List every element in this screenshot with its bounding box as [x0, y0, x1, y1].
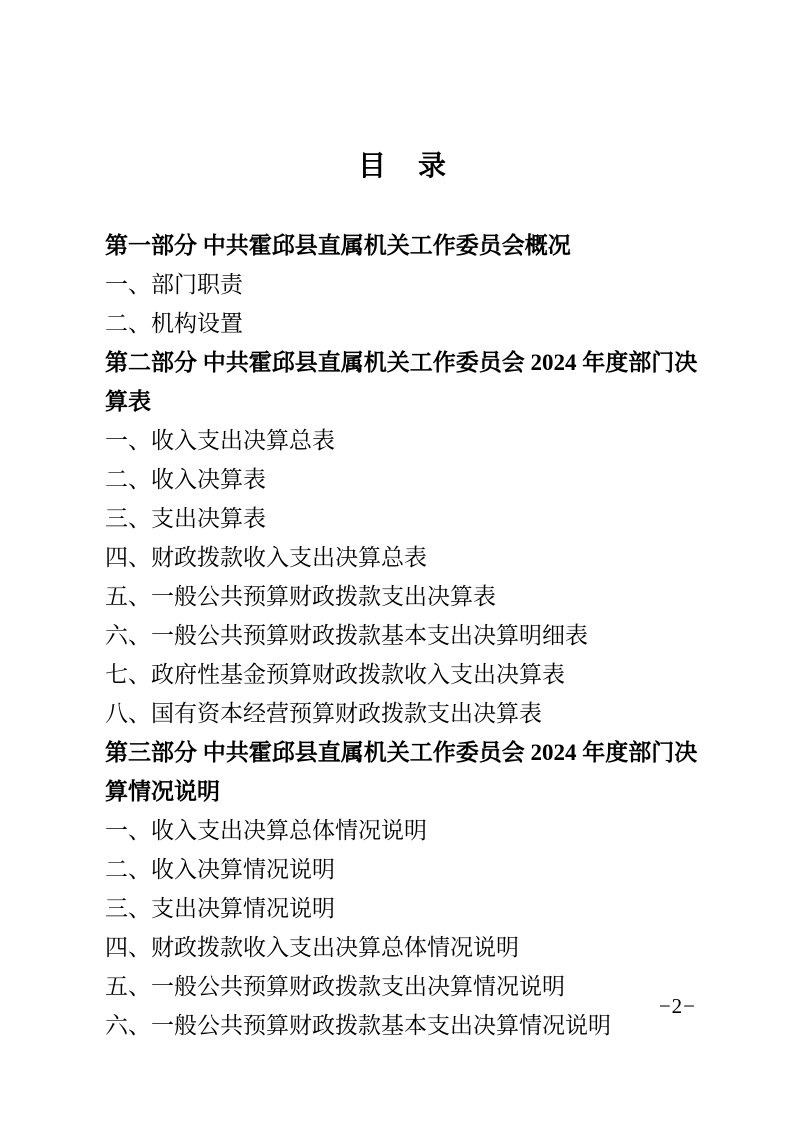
toc-item: 一、收入支出决算总表 [105, 421, 701, 460]
page-title: 目 录 [105, 150, 701, 184]
document-page: 目 录 第一部分 中共霍邱县直属机关工作委员会概况 一、部门职责 二、机构设置 … [0, 0, 793, 1122]
toc-item: 五、一般公共预算财政拨款支出决算表 [105, 577, 701, 616]
toc-item: 六、一般公共预算财政拨款基本支出决算情况说明 [105, 1006, 701, 1045]
toc-item: 四、财政拨款收入支出决算总表 [105, 538, 701, 577]
toc-item: 二、收入决算表 [105, 460, 701, 499]
toc-item: 一、部门职责 [105, 265, 701, 304]
toc-section-3-heading: 第三部分 中共霍邱县直属机关工作委员会 2024 年度部门决算情况说明 [105, 733, 701, 811]
toc-item: 二、机构设置 [105, 304, 701, 343]
toc-item: 二、收入决算情况说明 [105, 850, 701, 889]
toc-item: 四、财政拨款收入支出决算总体情况说明 [105, 928, 701, 967]
toc-item: 一、收入支出决算总体情况说明 [105, 811, 701, 850]
toc-section-2-heading: 第二部分 中共霍邱县直属机关工作委员会 2024 年度部门决算表 [105, 343, 701, 421]
table-of-contents: 第一部分 中共霍邱县直属机关工作委员会概况 一、部门职责 二、机构设置 第二部分… [105, 226, 701, 1045]
toc-item: 六、一般公共预算财政拨款基本支出决算明细表 [105, 616, 701, 655]
toc-item: 五、一般公共预算财政拨款支出决算情况说明 [105, 967, 701, 1006]
toc-item: 三、支出决算表 [105, 499, 701, 538]
toc-item: 三、支出决算情况说明 [105, 889, 701, 928]
toc-section-1-heading: 第一部分 中共霍邱县直属机关工作委员会概况 [105, 226, 701, 265]
toc-item: 七、政府性基金预算财政拨款收入支出决算表 [105, 655, 701, 694]
toc-item: 八、国有资本经营预算财政拨款支出决算表 [105, 694, 701, 733]
page-number: −2− [659, 994, 696, 1019]
